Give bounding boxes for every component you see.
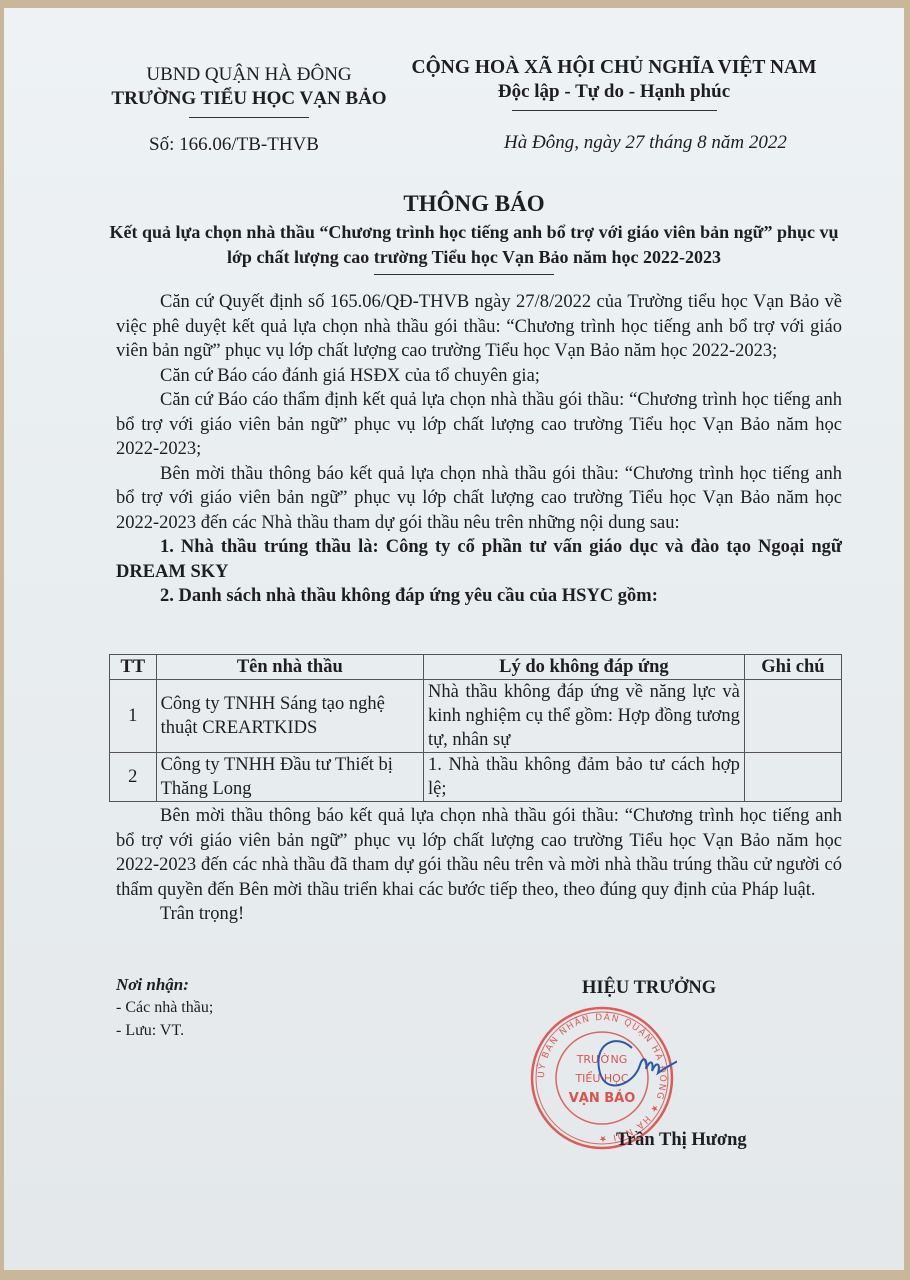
signature-title: HIỆU TRƯỞNG [582,978,716,999]
col-header-index: TT [110,655,157,680]
recipients-title: Nơi nhận: [116,973,213,996]
svg-text:TRƯỜNG: TRƯỜNG [576,1053,628,1066]
winning-bidder: 1. Nhà thầu trúng thầu là: Công ty cổ ph… [116,535,842,584]
signer-name: Trần Thị Hương [616,1130,747,1151]
rejected-list-heading: 2. Danh sách nhà thầu không đáp ứng yêu … [116,584,842,609]
col-header-note: Ghi chú [744,655,841,680]
paragraph-decision: Căn cứ Quyết định số 165.06/QĐ-THVB ngày… [116,290,842,364]
school-name: TRƯỜNG TIỂU HỌC VẠN BẢO [104,87,394,111]
table-header-row: TT Tên nhà thầu Lý do không đáp ứng Ghi … [110,655,842,680]
table-row: 2 Công ty TNHH Đầu tư Thiết bị Thăng Lon… [110,753,842,802]
col-header-bidder: Tên nhà thầu [156,655,423,680]
country-name: CỘNG HOÀ XÃ HỘI CHỦ NGHĨA VIỆT NAM [394,56,834,80]
recipient-item: - Lưu: VT. [116,1019,213,1042]
rejection-reason: Nhà thầu không đáp ứng về năng lực và ki… [424,680,745,753]
paragraph-appraisal-report: Căn cứ Báo cáo thẩm định kết quả lựa chọ… [116,388,842,462]
rejection-reason: 1. Nhà thầu không đảm bảo tư cách hợp lệ… [424,753,745,802]
agency-name: UBND QUẬN HÀ ĐÔNG [104,63,394,87]
agency-underline [189,117,309,118]
note-cell [744,680,841,753]
closing-paragraph: Bên mời thầu thông báo kết quả lựa chọn … [116,804,842,902]
document-subtitle: Kết quả lựa chọn nhà thầu “Chương trình … [104,220,844,270]
rejected-bidders-table: TT Tên nhà thầu Lý do không đáp ứng Ghi … [109,654,842,802]
national-header-block: CỘNG HOÀ XÃ HỘI CHỦ NGHĨA VIỆT NAM Độc l… [394,56,834,111]
row-index: 2 [110,753,157,802]
note-cell [744,753,841,802]
bidder-name: Công ty TNHH Sáng tạo nghệ thuật CREARTK… [156,680,423,753]
table-row: 1 Công ty TNHH Sáng tạo nghệ thuật CREAR… [110,680,842,753]
col-header-reason: Lý do không đáp ứng [424,655,745,680]
recipients-block: Nơi nhận: - Các nhà thầu; - Lưu: VT. [116,973,213,1042]
place-and-date: Hà Đông, ngày 27 tháng 8 năm 2022 [504,132,787,154]
bidder-name: Công ty TNHH Đầu tư Thiết bị Thăng Long [156,753,423,802]
row-index: 1 [110,680,157,753]
regards-text: Trân trọng! [116,902,842,927]
motto-underline [512,110,717,111]
svg-text:VẠN BẢO: VẠN BẢO [569,1089,636,1106]
national-motto: Độc lập - Tự do - Hạnh phúc [394,80,834,104]
paragraph-expert-report: Căn cứ Báo cáo đánh giá HSĐX của tổ chuy… [116,364,842,389]
document-page: UBND QUẬN HÀ ĐÔNG TRƯỜNG TIỂU HỌC VẠN BẢ… [4,8,904,1270]
issuing-agency-block: UBND QUẬN HÀ ĐÔNG TRƯỜNG TIỂU HỌC VẠN BẢ… [104,63,394,118]
body-closing: Bên mời thầu thông báo kết quả lựa chọn … [116,804,842,927]
document-number: Số: 166.06/TB-THVB [149,134,319,156]
document-title: THÔNG BÁO [104,191,844,217]
paragraph-announcement: Bên mời thầu thông báo kết quả lựa chọn … [116,462,842,536]
recipient-item: - Các nhà thầu; [116,996,213,1019]
title-underline [374,274,554,275]
body-intro: Căn cứ Quyết định số 165.06/QĐ-THVB ngày… [116,290,842,609]
